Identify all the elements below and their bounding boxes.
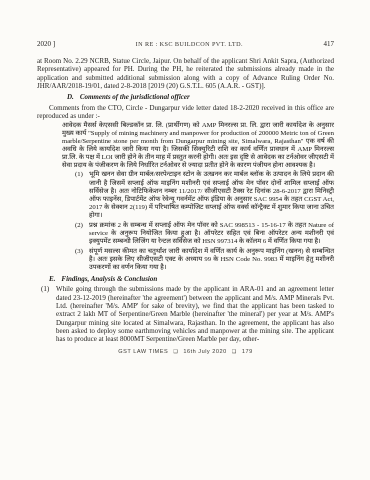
list-item: (2) प्रश्न क्रमांक 2 के सम्बन्ध में सप्ल… (75, 222, 334, 246)
header-page-number: 417 (323, 40, 334, 48)
section-d-lead-paragraph: Comments from the CTO, Circle - Dungarpu… (37, 104, 334, 121)
list-item-text: भूमि खनन सेवा ग्रीन मार्बल/सरपेन्टाइन स्… (89, 171, 334, 219)
footer-journal-name: GST LAW TIMES (118, 349, 168, 355)
list-item-number: (3) (75, 248, 89, 272)
page-header: 2020 ] IN RE : KSC BUILDCON PVT. LTD. 41… (37, 40, 334, 48)
hindi-intro-paragraph: आवेदक मैसर्स केएससी बिल्डकॉन प्रा. लि. (… (62, 122, 334, 170)
list-item-text: प्रश्न क्रमांक 2 के सम्बन्ध में सप्लाई ऑ… (89, 222, 334, 246)
findings-item-number: (1) (41, 285, 56, 343)
header-year: 2020 ] (37, 40, 55, 48)
list-item-number: (1) (75, 171, 89, 219)
section-d-label: D. (67, 93, 74, 101)
page-footer: GST LAW TIMES❑16th July 2020❑179 (37, 349, 334, 355)
section-e-title: Findings, Analysis & Conclusion (61, 275, 157, 283)
section-d-title: Comments of the jurisdictional officer (80, 93, 190, 101)
footer-date: 16th July 2020 (183, 349, 226, 355)
header-case-title: IN RE : KSC BUILDCON PVT. LTD. (136, 41, 243, 48)
footer-folio-number: 179 (242, 349, 253, 355)
intro-paragraph: at Room No. 2.29 NCRB, Statue Circle, Ja… (37, 57, 334, 90)
document-page: 2020 ] IN RE : KSC BUILDCON PVT. LTD. 41… (0, 0, 370, 480)
list-item: (1) भूमि खनन सेवा ग्रीन मार्बल/सरपेन्टाइ… (75, 171, 334, 219)
list-item: (3) संपूर्ण मसल्स कीमत का चतुर्थांश जारी… (75, 248, 334, 272)
list-item-number: (2) (75, 222, 89, 246)
section-d-heading: D.Comments of the jurisdictional officer (67, 93, 334, 101)
section-e-heading: E.Findings, Analysis & Conclusion (49, 275, 334, 283)
section-e-label: E. (49, 275, 55, 283)
findings-item: (1) While going through the submissions … (41, 285, 334, 343)
list-item-text: संपूर्ण मसल्स कीमत का चतुर्थांश जारी कार… (89, 248, 334, 272)
findings-item-text: While going through the submissions made… (56, 285, 334, 343)
square-bullet-icon: ❑ (173, 349, 178, 355)
square-bullet-icon: ❑ (232, 349, 237, 355)
